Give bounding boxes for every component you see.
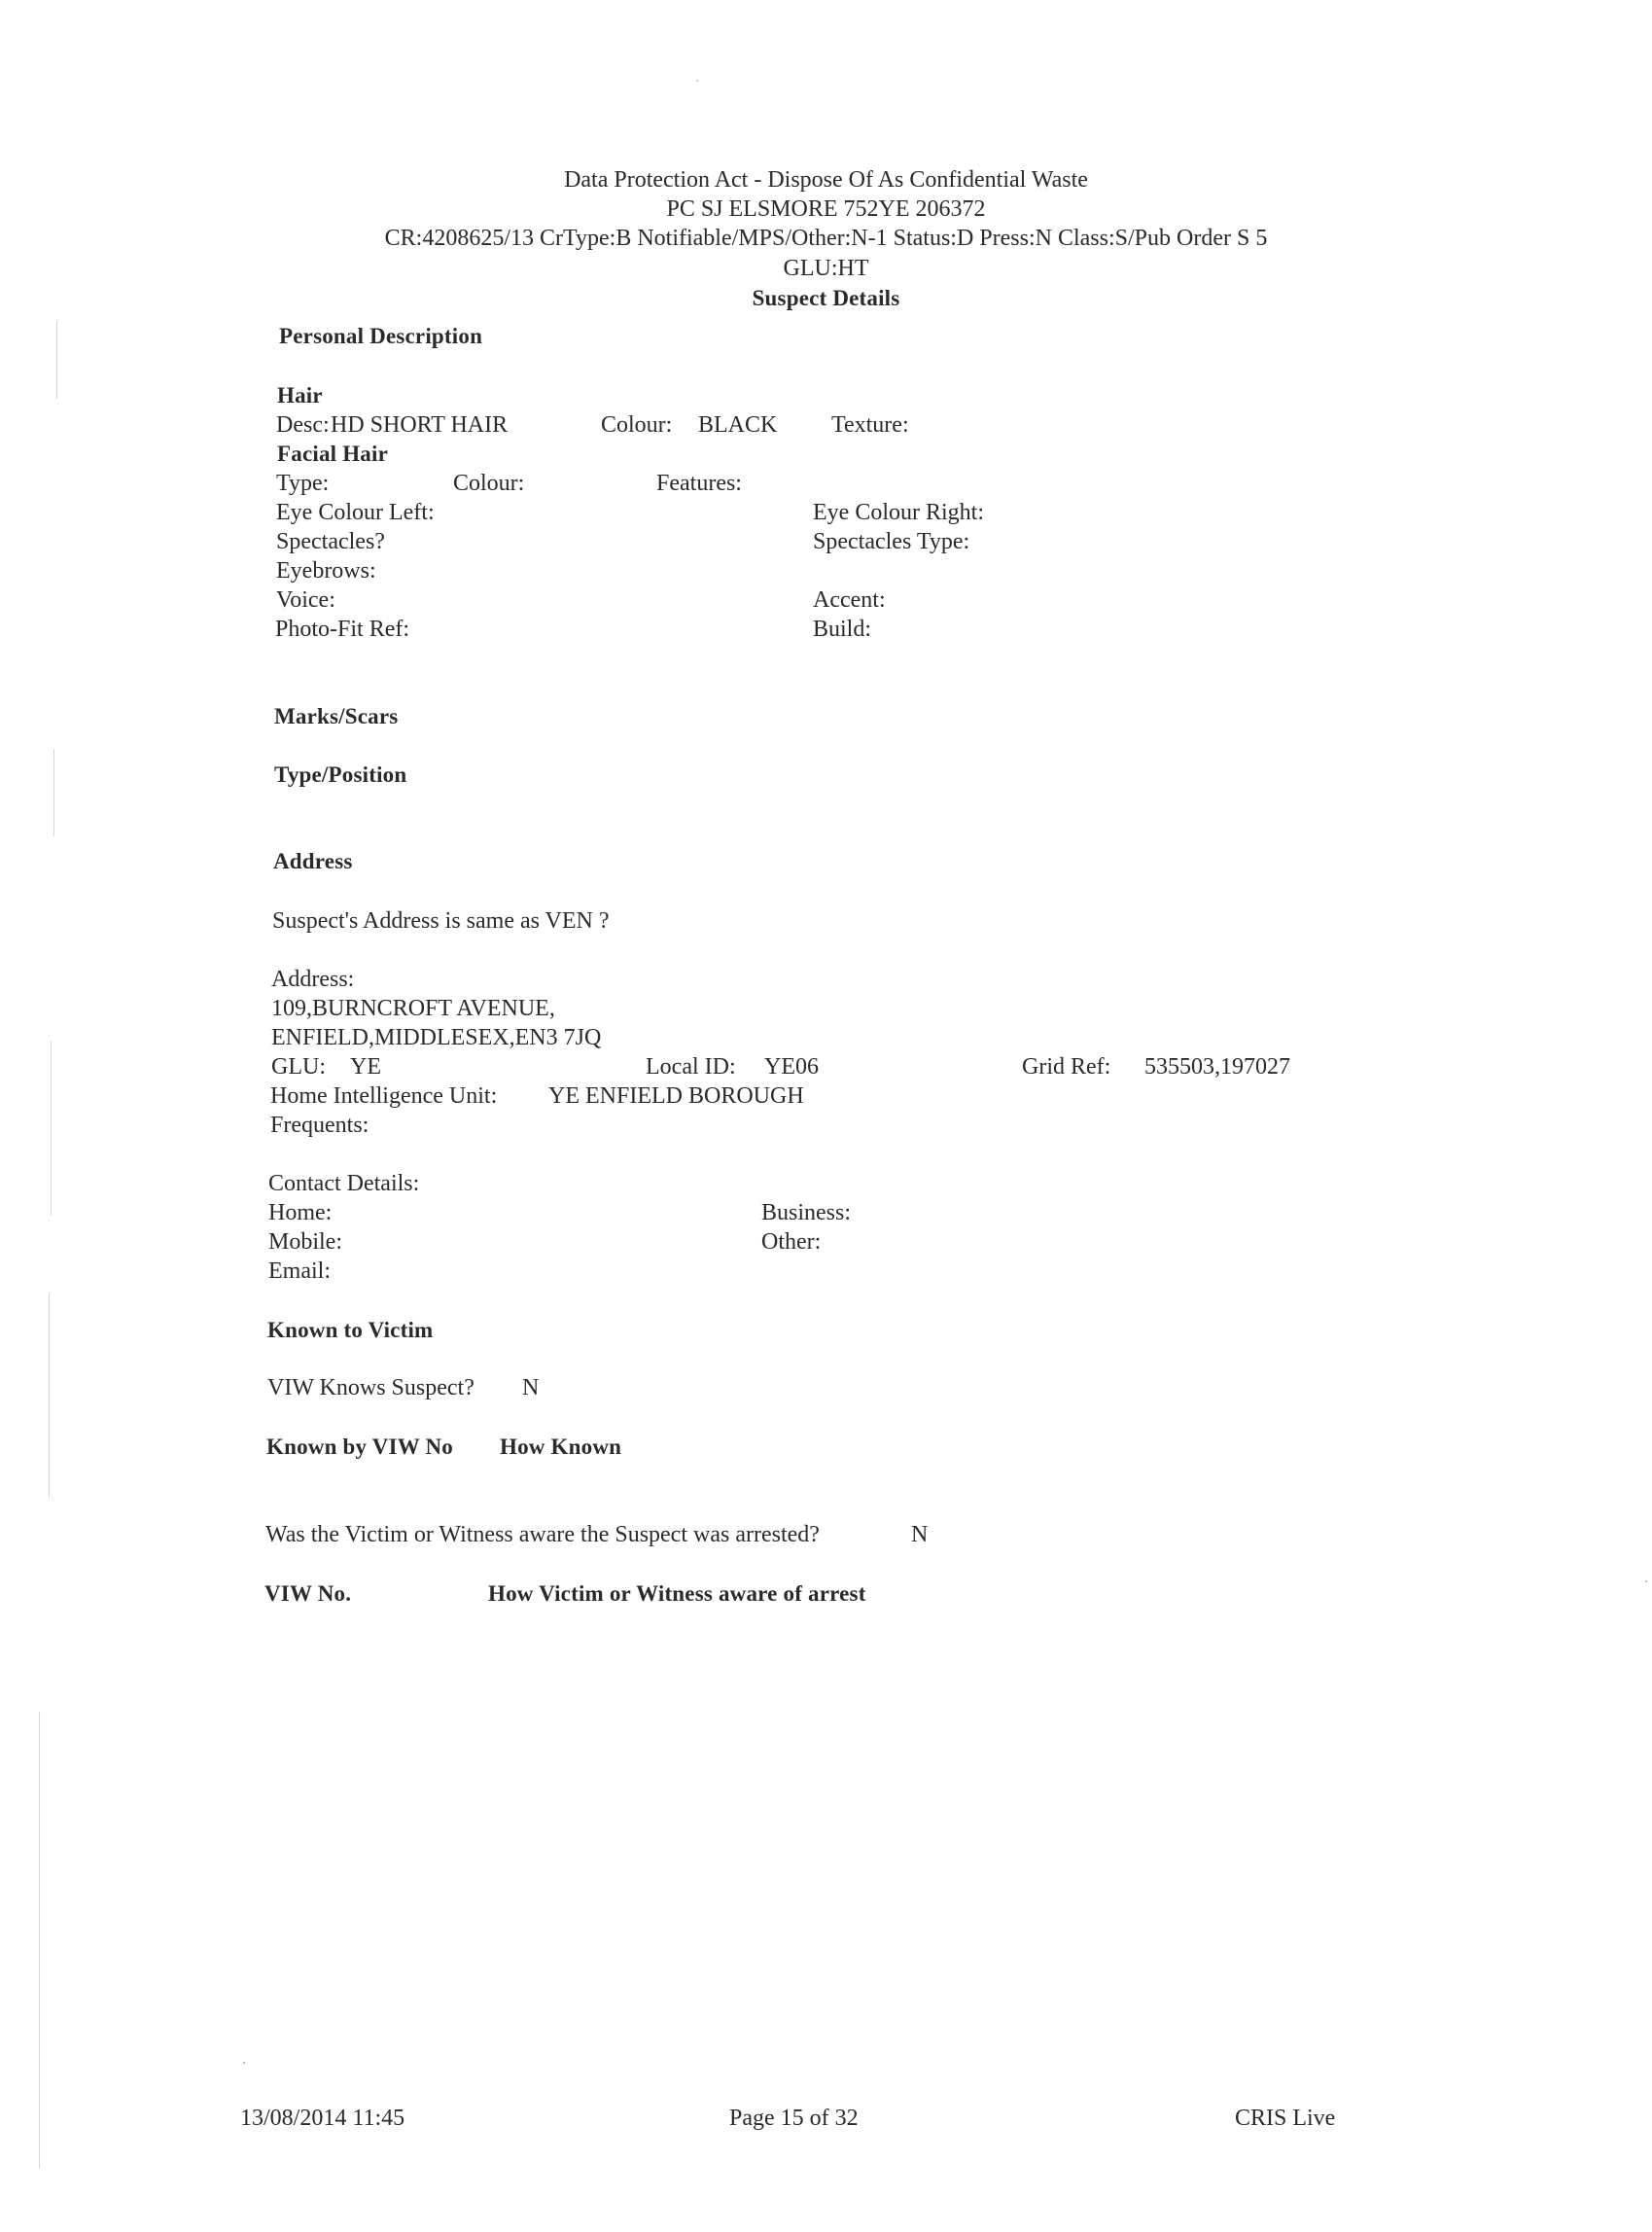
glu-value: YE [350,1052,381,1081]
hair-desc-label: Desc: [276,410,330,440]
frequents-label: Frequents: [270,1111,369,1140]
officer-line: PC SJ ELSMORE 752YE 206372 [0,195,1652,224]
confidential-notice: Data Protection Act - Dispose Of As Conf… [0,165,1652,195]
viw-knows-suspect-label: VIW Knows Suspect? [267,1373,475,1402]
scan-artifact [53,749,54,836]
aware-of-arrest-question: Was the Victim or Witness aware the Susp… [265,1520,820,1549]
crime-reference-line: CR:4208625/13 CrType:B Notifiable/MPS/Ot… [0,224,1652,253]
photo-fit-ref-label: Photo-Fit Ref: [275,615,409,644]
glu-label: GLU: [271,1052,326,1081]
address-line-1: 109,BURNCROFT AVENUE, [271,994,555,1023]
address-line-2: ENFIELD,MIDDLESEX,EN3 7JQ [271,1023,601,1052]
local-id-value: YE06 [764,1052,819,1081]
facial-hair-type-label: Type: [276,469,329,498]
spectacles-type-label: Spectacles Type: [813,527,969,556]
scan-artifact [39,1712,40,2169]
scan-speck [696,80,698,82]
viw-knows-suspect-value: N [522,1373,539,1402]
eye-colour-left-label: Eye Colour Left: [276,498,435,527]
spectacles-label: Spectacles? [276,527,385,556]
document-page: Data Protection Act - Dispose Of As Conf… [0,0,1652,2232]
aware-of-arrest-value: N [911,1520,928,1549]
grid-ref-label: Grid Ref: [1022,1052,1110,1081]
build-label: Build: [813,615,871,644]
known-by-viw-no-heading: Known by VIW No [266,1433,453,1462]
accent-label: Accent: [813,585,886,615]
hair-heading: Hair [277,381,323,410]
address-label: Address: [271,965,354,994]
eye-colour-right-label: Eye Colour Right: [813,498,984,527]
scan-artifact [49,1293,50,1498]
business-phone-label: Business: [761,1198,851,1227]
facial-hair-heading: Facial Hair [277,440,388,469]
hair-texture-label: Texture: [831,410,909,440]
scan-speck [243,2062,245,2064]
eyebrows-label: Eyebrows: [276,556,376,585]
facial-hair-colour-label: Colour: [453,469,524,498]
footer-system-name: CRIS Live [1235,2104,1335,2133]
viw-no-heading: VIW No. [264,1579,351,1609]
hair-colour-label: Colour: [601,410,672,440]
hair-colour-value: BLACK [698,410,777,440]
marks-scars-heading: Marks/Scars [274,702,398,731]
scan-speck [1645,1580,1647,1582]
how-known-heading: How Known [500,1433,621,1462]
same-as-ven-question: Suspect's Address is same as VEN ? [272,906,610,936]
personal-description-heading: Personal Description [279,322,482,351]
grid-ref-value: 535503,197027 [1144,1052,1290,1081]
email-label: Email: [268,1257,331,1286]
footer-datetime: 13/08/2014 11:45 [240,2104,404,2133]
scan-artifact [56,321,57,399]
footer-page-number: Page 15 of 32 [729,2104,859,2133]
glu-line: GLU:HT [0,254,1652,283]
scan-artifact [51,1041,52,1216]
home-intelligence-unit-label: Home Intelligence Unit: [270,1081,497,1111]
address-heading: Address [273,847,353,876]
facial-hair-features-label: Features: [656,469,742,498]
hair-desc-value: HD SHORT HAIR [331,410,508,440]
how-aware-of-arrest-heading: How Victim or Witness aware of arrest [488,1579,866,1609]
page-title: Suspect Details [0,284,1652,313]
home-phone-label: Home: [268,1198,332,1227]
mobile-label: Mobile: [268,1227,342,1257]
contact-details-heading: Contact Details: [268,1169,419,1198]
type-position-heading: Type/Position [274,761,406,790]
local-id-label: Local ID: [646,1052,736,1081]
known-to-victim-heading: Known to Victim [267,1316,433,1345]
voice-label: Voice: [276,585,335,615]
other-contact-label: Other: [761,1227,821,1257]
home-intelligence-unit-value: YE ENFIELD BOROUGH [548,1081,804,1111]
